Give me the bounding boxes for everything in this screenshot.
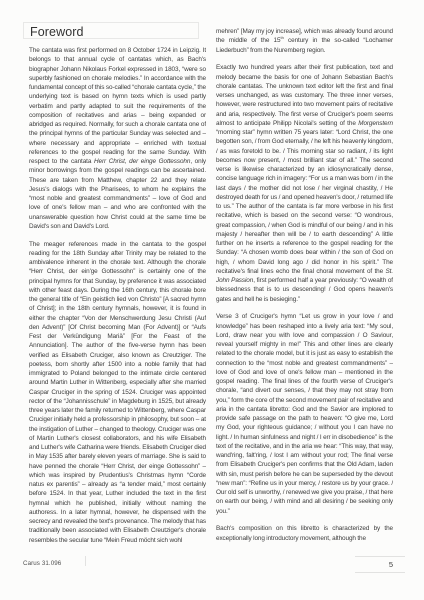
text-segment: “morning star” hymn written 75 years lat… [216,129,393,275]
paragraph: The cantata was first performed on 8 Oct… [29,46,206,231]
text-segment: Bach's composition on this libretto is c… [216,525,393,541]
italic-text-segment: Herr Christ, der einge Gottessohn [94,158,190,165]
text-segment: The cantata was first performed on 8 Oct… [29,47,206,165]
left-text-column: The cantata was first performed on 8 Oct… [29,46,206,562]
page-title: Foreword [24,23,198,39]
text-segment: , only minor borrowings from the gospel … [29,158,206,230]
text-segment: The meager references made in the cantat… [29,241,206,544]
paragraph: Verse 3 of Cruciger's hymn “Let us grow … [216,312,393,516]
page-number: 5 [389,560,393,569]
paragraph: The meager references made in the cantat… [29,240,206,545]
page-number-box: 5 [355,556,405,573]
text-segment: Exactly two hundred years after their fi… [216,64,393,127]
paragraph: Bach's composition on this libretto is c… [216,524,393,543]
text-segment: Verse 3 of Cruciger's hymn “Let us grow … [216,313,393,514]
catalog-number: Carus 31.096 [23,560,61,567]
document-page: Foreword The cantata was first performed… [0,0,424,600]
paragraph: mehren” [May my joy increase], which was… [216,27,393,55]
paragraph: Exactly two hundred years after their fi… [216,63,393,304]
foreword-heading-box: Foreword [23,22,199,39]
right-text-column: mehren” [May my joy increase], which was… [216,27,393,562]
italic-text-segment: Morgenstern [358,120,393,127]
fold-mark [85,556,86,566]
